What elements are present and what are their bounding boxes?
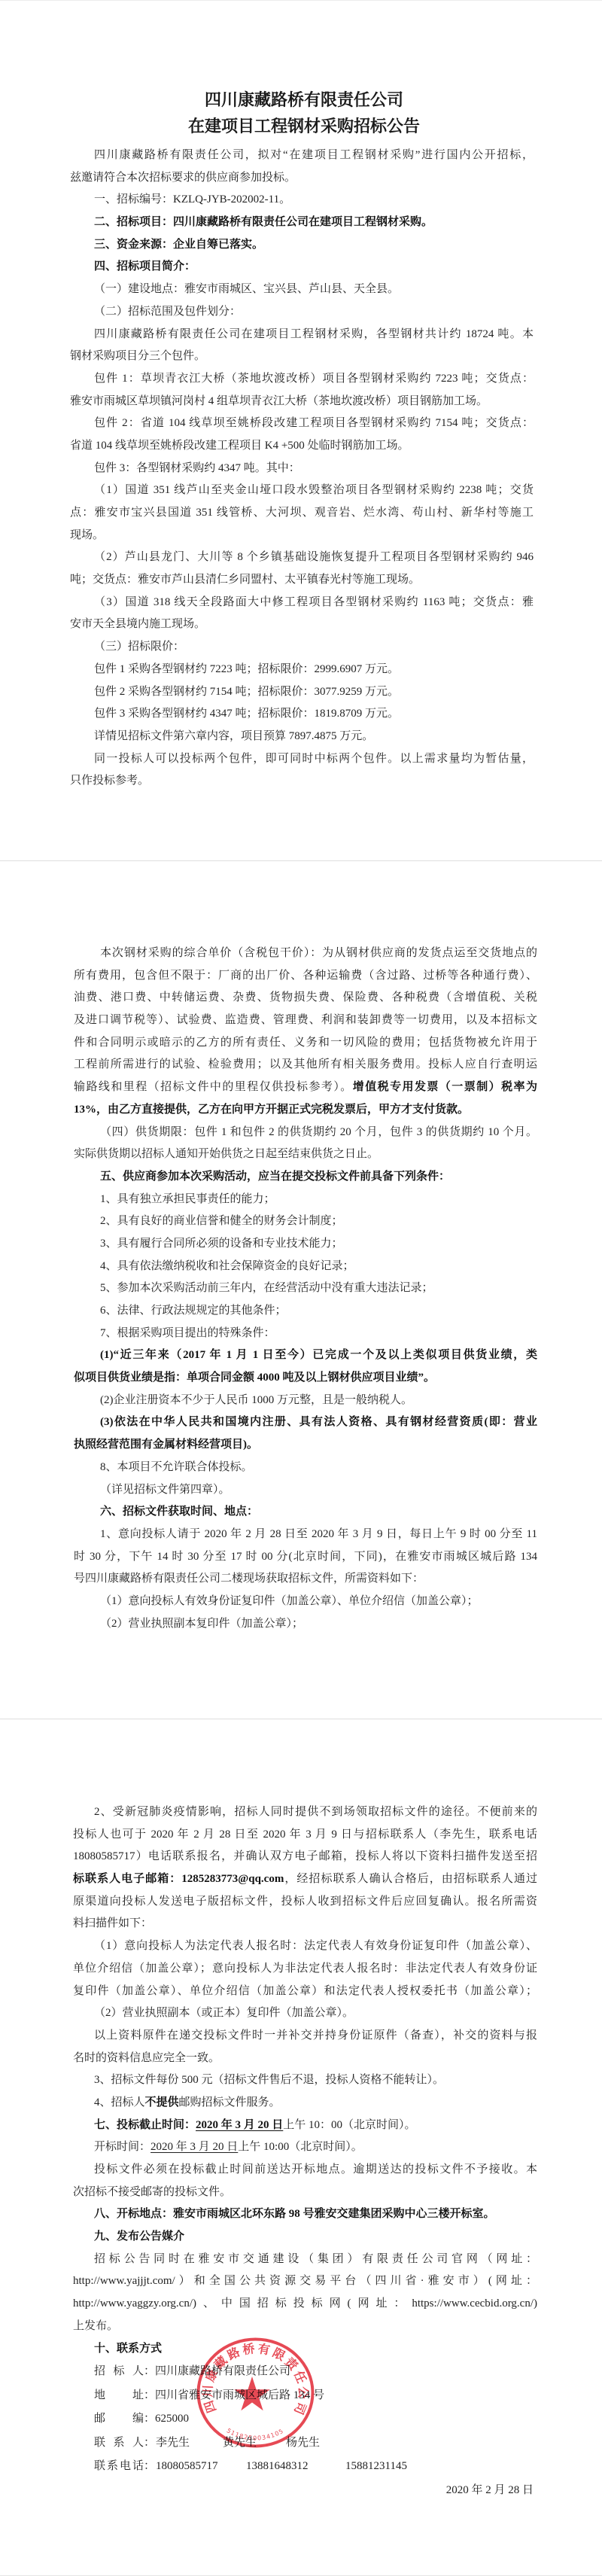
text-run: （一）建设地点：雅安市雨城区、宝兴县、芦山县、天全县。 (94, 283, 399, 295)
text-line: 工程前所需进行的试验、检验费用；以及其他所有相关服务费用。投标人应自行查明运 (74, 1054, 537, 1076)
text-line: 4、具有依法缴纳税收和社会保障资金的良好记录； (74, 1256, 537, 1278)
text-run: 包件 3 采购各型钢材约 4347 吨；招标限价：1819.8709 万元。 (94, 708, 399, 720)
page-1-body: 四川康藏路桥有限责任公司，拟对“在建项目工程钢材采购”进行国内公开招标，兹邀请符… (70, 145, 534, 793)
contact-phone: 13881648312 (246, 2455, 309, 2479)
text-line: 雅安市雨城区草坝镇河岗村 4 组草坝青衣江大桥（茶地坎渡改桥）项目钢筋加工场。 (70, 391, 534, 413)
colon: ： (144, 2360, 155, 2384)
signature-date: 2020 年 2 月 28 日 (446, 2479, 534, 2502)
text-line: 六、招标文件获取时间、地点： (74, 1501, 537, 1524)
text-line: （1）国道 351 线芦山至夹金山垭口段水毁整治项目各型钢材采购约 2238 吨… (70, 480, 534, 502)
text-run: ，经招标联系人确认合格后，由招标联系人通过 (284, 1873, 537, 1885)
contact-row-phones: 联系电话： 18080585717 13881648312 1588123114… (94, 2455, 515, 2479)
page-3: 2、受新冠肺炎疫情影响，招标人同时提供不到场领取招标文件的途径。不便前来的投标人… (0, 1719, 602, 2576)
text-run: 输路线和里程（招标文件中的里程仅供投标参考）。 (74, 1081, 353, 1093)
bold-text: 十、联系方式 (94, 2343, 162, 2355)
text-line: 现场。 (70, 525, 534, 547)
bold-text: (3)依法在中华人民共和国境内注册、具有法人资格、具有钢材经营资质(即：营业 (100, 1416, 537, 1428)
text-line: 及进口调节税等）、试验费、监造费、管理费、利润和装卸费等一切费用，以及本招标文 (74, 1009, 537, 1032)
text-run: 投标人也可于 2020 年 2 月 28 日至 2020 年 3 月 9 日与招… (73, 1828, 537, 1841)
text-run: 点：雅安市宝兴县国道 351 线管桥、大河坝、观音岩、烂水湾、苟山村、新华村等施… (70, 507, 534, 519)
text-run: 安市天全县境内施工现场。 (70, 618, 205, 630)
text-run: 上发布。 (73, 2320, 118, 2332)
colon: ： (144, 2455, 155, 2479)
text-line: 省道 104 线草坝至姚桥段改建工程项目 K4 +500 处临时钢筋加工场。 (70, 435, 534, 458)
text-run: 原渠道向投标人发送电子版招标文件，投标人收到招标文件后应回复确认。报名所需资 (73, 1895, 537, 1908)
text-line: 2、受新冠肺炎疫情影响，招标人同时提供不到场领取招标文件的途径。不便前来的 (73, 1801, 537, 1824)
text-run: http://www.yajjjt.com/）和全国公共资源交易平台（四川省·雅… (73, 2275, 537, 2287)
underlined-date: 2020 年 3 月 20 日 (150, 2141, 238, 2153)
text-line: （二）招标范围及包件划分： (70, 301, 534, 324)
text-line: 料扫描件如下： (73, 1913, 537, 1935)
colon: ： (144, 2431, 155, 2456)
text-run: 1、意向投标人请于 2020 年 2 月 28 日至 2020 年 3 月 9 … (100, 1528, 537, 1540)
text-run: 只作投标参考。 (70, 775, 149, 787)
text-line: 四川康藏路桥有限责任公司，拟对“在建项目工程钢材采购”进行国内公开招标， (70, 145, 534, 167)
text-line: 7、根据采购项目提出的特殊条件： (74, 1323, 537, 1345)
title-notice: 在建项目工程钢材采购招标公告 (3, 113, 602, 139)
bold-text: 六、招标文件获取时间、地点： (100, 1506, 258, 1518)
text-line: 八、开标地点：雅安市雨城区北环东路 98 号雅安交建集团采购中心三楼开标室。 (73, 2203, 537, 2226)
text-line: 一、招标编号：KZLQ-JYB-202002-11。 (70, 189, 534, 212)
text-line: 开标时间：2020 年 3 月 20 日上午 10:00（北京时间）。 (73, 2136, 537, 2159)
text-run: （1）意向投标人为法定代表人报名时：法定代表人有效身份证复印件（加盖公章）、 (94, 1940, 537, 1952)
text-run: 现场。 (70, 529, 104, 541)
text-line: (1)“近三年来（2017 年 1 月 1 日至今）已完成一个及以上类似项目供货… (74, 1344, 537, 1367)
text-line: 七、投标截止时间：2020 年 3 月 20 日上午 10：00（北京时间）。 (73, 2115, 537, 2137)
text-line: 九、发布公告媒介 (73, 2226, 537, 2249)
bold-text: 不提供 (145, 2096, 179, 2109)
text-run: 钢材采购项目分三个包件。 (70, 350, 205, 362)
text-line: 4、招标人不提供邮购招标文件服务。 (73, 2092, 537, 2115)
bold-text: 八、开标地点：雅安市雨城区北环东路 98 号雅安交建集团采购中心三楼开标室。 (94, 2208, 495, 2220)
contact-label: 联系人 (94, 2431, 144, 2456)
text-line: http://www.yaggzy.org.cn/)、中国招标投标网(网址：ht… (73, 2293, 537, 2316)
text-run: 一、招标编号：KZLQ-JYB-202002-11。 (94, 193, 290, 206)
text-line: 只作投标参考。 (70, 770, 534, 793)
text-run: 包件 3：各型钢材采购约 4347 吨。其中： (94, 462, 300, 474)
text-line: 钢材采购项目分三个包件。 (70, 346, 534, 368)
text-line: 安市天全县境内施工现场。 (70, 614, 534, 636)
text-run: 6、法律、行政法规规定的其他条件； (100, 1305, 287, 1317)
text-run: 详情见招标文件第六章内容，项目预算 7897.4875 万元。 (94, 730, 373, 742)
text-run: 开标时间： (94, 2141, 150, 2153)
text-line: 标联系人电子邮箱：1285283773@qq.com，经招标联系人确认合格后，由… (73, 1868, 537, 1891)
text-line: （2）芦山县龙门、大川等 8 个乡镇基础设施恢复提升工程项目各型钢材采购约 94… (70, 547, 534, 569)
text-run: 2、具有良好的商业信誉和健全的财务会计制度； (100, 1215, 343, 1227)
text-run: 投标文件必须在投标截止时间前送达开标地点。逾期送达的投标文件不予接收。本 (94, 2163, 537, 2176)
text-run: 7、根据采购项目提出的特殊条件： (100, 1327, 275, 1339)
text-run: 8、本项目不允许联合体投标。 (100, 1461, 253, 1473)
text-line: （1）意向投标人为法定代表人报名时：法定代表人有效身份证复印件（加盖公章）、 (73, 1935, 537, 1958)
text-run: http://www.yaggzy.org.cn/)、中国招标投标网(网址：ht… (73, 2297, 537, 2310)
text-run: 上午 10：00（北京时间）。 (283, 2119, 415, 2131)
text-line: 四川康藏路桥有限责任公司在建项目工程钢材采购，各型钢材共计约 18724 吨。本 (70, 324, 534, 346)
contact-label: 招标人 (94, 2360, 144, 2384)
text-line: 名时的资料信息应完全一致。 (73, 2048, 537, 2070)
bold-text: 四、招标项目简介： (94, 260, 196, 273)
text-run: 4、具有依法缴纳税收和社会保障资金的良好记录； (100, 1260, 354, 1272)
bold-text: 增值税专用发票（一票制）税率为 (353, 1081, 537, 1093)
text-run: 号四川康藏路桥有限责任公司二楼现场获取招标文件，所需资料如下： (74, 1573, 424, 1585)
text-line: （2）营业执照副本（或正本）复印件（加盖公章）。 (73, 2002, 537, 2025)
text-line: （一）建设地点：雅安市雨城区、宝兴县、芦山县、天全县。 (70, 279, 534, 301)
text-run: 包件 2 采购各型钢材约 7154 吨；招标限价：3077.9259 万元。 (94, 686, 399, 698)
title-company: 四川康藏路桥有限责任公司 (3, 87, 602, 113)
text-run: （3）国道 318 线天全段路面大中修工程项目各型钢材采购约 1163 吨；交货… (94, 596, 534, 608)
text-run: 2、受新冠肺炎疫情影响，招标人同时提供不到场领取招标文件的途径。不便前来的 (94, 1806, 537, 1818)
text-line: 5、参加本次采购活动前三年内，在经营活动中没有重大违法记录； (74, 1277, 537, 1300)
text-run: 18080585717）电话联系报名，并确认双方电子邮箱，投标人将以下资料扫描件… (73, 1850, 537, 1862)
text-line: http://www.yajjjt.com/）和全国公共资源交易平台（四川省·雅… (73, 2270, 537, 2293)
text-line: （3）国道 318 线天全段路面大中修工程项目各型钢材采购约 1163 吨；交货… (70, 592, 534, 614)
bold-text: 九、发布公告媒介 (94, 2230, 184, 2243)
bold-text: 执照经营范围有金属材料经营项目)。 (74, 1439, 258, 1451)
text-run: 名时的资料信息应完全一致。 (73, 2052, 220, 2064)
text-run: 3、具有履行合同所必须的设备和专业技术能力； (100, 1238, 343, 1250)
bold-text: 13%，由乙方直接提供，乙方在向甲方开据正式完税发票后，甲方才支付货款。 (74, 1104, 469, 1116)
text-line: （详见招标文件第四章）。 (74, 1479, 537, 1502)
contact-phone: 15881231145 (345, 2455, 407, 2479)
text-run: （2）营业执照副本复印件（加盖公章）； (100, 1618, 303, 1630)
text-run: 吨；交货点：雅安市芦山县清仁乡同盟村、太平镇春光村等施工现场。 (70, 574, 420, 586)
text-line: 包件 3：各型钢材采购约 4347 吨。其中： (70, 458, 534, 480)
text-run: （2）营业执照副本（或正本）复印件（加盖公章）。 (94, 2007, 354, 2019)
text-run: 邮购招标文件服务。 (179, 2096, 281, 2109)
svg-text:5118250034105: 5118250034105 (226, 2427, 284, 2441)
page-3-body: 2、受新冠肺炎疫情影响，招标人同时提供不到场领取招标文件的途径。不便前来的投标人… (73, 1801, 537, 2360)
company-seal-icon: 四川康藏路桥有限责任公司 5118250034105 (192, 2331, 320, 2455)
underlined-date: 2020 年 3 月 20 日 (196, 2119, 283, 2131)
text-line: 包件 1：草坝青衣江大桥（茶地坎渡改桥）项目各型钢材采购约 7223 吨；交货点… (70, 368, 534, 391)
text-line: （四）供货期限：包件 1 和包件 2 的供货期约 20 个月，包件 3 的供货期… (74, 1122, 537, 1144)
colon: ： (144, 2407, 155, 2431)
bold-text: 二、招标项目：四川康藏路桥有限责任公司在建项目工程钢材采购。 (94, 216, 433, 228)
seal-star-icon (234, 2377, 270, 2410)
text-run: 本次钢材采购的综合单价（含税包干价）：为从钢材供应商的发货点运至交货地点的 (100, 947, 537, 959)
text-run: 雅安市雨城区草坝镇河岗村 4 组草坝青衣江大桥（茶地坎渡改桥）项目钢筋加工场。 (70, 395, 488, 407)
text-run: 复印件（加盖公章）、单位介绍信（加盖公章）和法定代表人授权委托书（加盖公章）； (73, 1985, 537, 1997)
text-line: (3)依法在中华人民共和国境内注册、具有法人资格、具有钢材经营资质(即：营业 (74, 1411, 537, 1434)
text-line: 时 30 分，下午 14 时 30 分至 17 时 00 分(北京时间，下同)，… (74, 1546, 537, 1569)
page-1: 四川康藏路桥有限责任公司 在建项目工程钢材采购招标公告 四川康藏路桥有限责任公司… (0, 0, 602, 860)
text-run: 四川康藏路桥有限责任公司，拟对“在建项目工程钢材采购”进行国内公开招标， (94, 149, 534, 161)
text-run: 4、招标人 (94, 2096, 145, 2109)
contact-person: 李先生 (156, 2431, 190, 2456)
text-run: 以上资料原件在递交投标文件时一并补交并持身份证原件（备查），补交的资料与报 (94, 2029, 537, 2042)
text-run: （详见招标文件第四章）。 (100, 1484, 230, 1496)
bold-text: 五、供应商参加本次采购活动，应当在提交投标文件前具备下列条件： (100, 1171, 450, 1183)
text-line: （三）招标限价： (70, 636, 534, 659)
contact-label: 联系电话 (94, 2455, 144, 2479)
text-run: 5、参加本次采购活动前三年内，在经营活动中没有重大违法记录； (100, 1282, 433, 1294)
text-run: 同一投标人可以投标两个包件，即可同时中标两个包件。以上需求量均为暂估量， (94, 753, 534, 765)
text-line: 招标公告同时在雅安市交通建设（集团）有限责任公司官网（网址： (73, 2249, 537, 2271)
bold-text: 七、投标截止时间： (94, 2119, 196, 2131)
bold-text: 三、资金来源：企业自筹已落实。 (94, 239, 263, 251)
text-line: 6、法律、行政法规规定的其他条件； (74, 1300, 537, 1323)
document-title: 四川康藏路桥有限责任公司 在建项目工程钢材采购招标公告 (3, 87, 602, 139)
text-line: 吨；交货点：雅安市芦山县清仁乡同盟村、太平镇春光村等施工现场。 (70, 569, 534, 592)
text-run: 兹邀请符合本次招标要求的供应商参加投标。 (70, 172, 296, 184)
text-line: 13%，由乙方直接提供，乙方在向甲方开据正式完税发票后，甲方才支付货款。 (74, 1099, 537, 1122)
text-run: 1、具有独立承担民事责任的能力； (100, 1193, 275, 1205)
text-line: 似项目供货业绩是指：单项合同金额 4000 吨及以上钢材供应项目业绩”。 (74, 1367, 537, 1390)
text-line: 1、意向投标人请于 2020 年 2 月 28 日至 2020 年 3 月 9 … (74, 1524, 537, 1546)
text-line: 三、资金来源：企业自筹已落实。 (70, 234, 534, 257)
contact-label: 邮编 (94, 2407, 144, 2431)
text-line: 单位介绍信（加盖公章）；意向投标人为非法定代表人报名时：非法定代表人有效身份证 (73, 1958, 537, 1981)
text-line: 复印件（加盖公章）、单位介绍信（加盖公章）和法定代表人授权委托书（加盖公章）； (73, 1981, 537, 2003)
text-line: 本次钢材采购的综合单价（含税包干价）：为从钢材供应商的发货点运至交货地点的 (74, 942, 537, 965)
text-line: （1）意向投标人有效身份证复印件（加盖公章）、单位介绍信（加盖公章）； (74, 1591, 537, 1613)
text-line: 二、招标项目：四川康藏路桥有限责任公司在建项目工程钢材采购。 (70, 212, 534, 234)
text-run: (2)企业注册资本不少于人民币 1000 万元整，且是一般纳税人。 (100, 1394, 412, 1406)
text-line: 点：雅安市宝兴县国道 351 线管桥、大河坝、观音岩、烂水湾、苟山村、新华村等施… (70, 502, 534, 525)
text-run: 时 30 分，下午 14 时 30 分至 17 时 00 分(北京时间，下同)，… (74, 1551, 537, 1563)
text-line: 原渠道向投标人发送电子版招标文件，投标人收到招标文件后应回复确认。报名所需资 (73, 1891, 537, 1914)
text-run: （三）招标限价： (94, 641, 184, 653)
text-run: 单位介绍信（加盖公章）；意向投标人为非法定代表人报名时：非法定代表人有效身份证 (73, 1962, 537, 1975)
text-run: （四）供货期限：包件 1 和包件 2 的供货期约 20 个月，包件 3 的供货期… (100, 1126, 537, 1138)
page-2-body: 本次钢材采购的综合单价（含税包干价）：为从钢材供应商的发货点运至交货地点的所有费… (74, 942, 537, 1635)
postcode-value: 625000 (155, 2413, 189, 2425)
text-run: （1）意向投标人有效身份证复印件（加盖公章）、单位介绍信（加盖公章）； (100, 1595, 479, 1607)
text-line: (2)企业注册资本不少于人民币 1000 万元整，且是一般纳税人。 (74, 1390, 537, 1412)
text-line: 包件 3 采购各型钢材约 4347 吨；招标限价：1819.8709 万元。 (70, 703, 534, 726)
bold-text: (1)“近三年来（2017 年 1 月 1 日至今）已完成一个及以上类似项目供货… (100, 1349, 537, 1361)
text-line: 包件 1 采购各型钢材约 7223 吨；招标限价：2999.6907 万元。 (70, 659, 534, 681)
text-line: 次招标不接受邮寄的投标文件。 (73, 2182, 537, 2204)
text-run: （2）芦山县龙门、大川等 8 个乡镇基础设施恢复提升工程项目各型钢材采购约 94… (94, 551, 534, 563)
text-line: 油费、港口费、中转储运费、杂费、货物损失费、保险费、各种税费（含增值税、关税 (74, 987, 537, 1009)
text-line: 包件 2：省道 104 线草坝至姚桥段改建工程项目各型钢材采购约 7154 吨；… (70, 413, 534, 435)
text-run: 工程前所需进行的试验、检验费用；以及其他所有相关服务费用。投标人应自行查明运 (74, 1058, 537, 1070)
text-line: 所有费用，包含但不限于：厂商的出厂价、各种运输费（含过路、过桥等各种通行费）、 (74, 965, 537, 988)
text-line: （2）营业执照副本复印件（加盖公章）； (74, 1613, 537, 1636)
bold-text: 标联系人电子邮箱：1285283773@qq.com (73, 1873, 284, 1885)
text-line: 件和合同明示或暗示的乙方的所有责任、义务和一切风险的费用；包括货物被允许用于 (74, 1032, 537, 1055)
text-run: 包件 2：省道 104 线草坝至姚桥段改建工程项目各型钢材采购约 7154 吨；… (94, 417, 534, 429)
text-run: 3、招标文件每份 500 元（招标文件售后不退，投标人资格不能转让）。 (94, 2074, 444, 2086)
text-line: 3、具有履行合同所必须的设备和专业技术能力； (74, 1233, 537, 1256)
text-line: 四、招标项目简介： (70, 256, 534, 279)
text-run: 次招标不接受邮寄的投标文件。 (73, 2186, 231, 2198)
text-line: 包件 2 采购各型钢材约 7154 吨；招标限价：3077.9259 万元。 (70, 681, 534, 704)
text-line: 输路线和里程（招标文件中的里程仅供投标参考）。增值税专用发票（一票制）税率为 (74, 1076, 537, 1099)
text-run: 包件 1：草坝青衣江大桥（茶地坎渡改桥）项目各型钢材采购约 7223 吨；交货点… (94, 373, 534, 385)
text-run: （1）国道 351 线芦山至夹金山垭口段水毁整治项目各型钢材采购约 2238 吨… (94, 484, 534, 496)
text-run: 料扫描件如下： (73, 1917, 152, 1929)
text-line: 五、供应商参加本次采购活动，应当在提交投标文件前具备下列条件： (74, 1166, 537, 1189)
colon: ： (144, 2384, 155, 2408)
contact-phone: 18080585717 (156, 2455, 218, 2479)
contact-label: 地址 (94, 2384, 144, 2408)
text-run: 四川康藏路桥有限责任公司在建项目工程钢材采购，各型钢材共计约 18724 吨。本 (94, 328, 534, 340)
text-line: 18080585717）电话联系报名，并确认双方电子邮箱，投标人将以下资料扫描件… (73, 1846, 537, 1868)
text-run: 上午 10:00（北京时间）。 (238, 2141, 362, 2153)
text-line: 实际供货期以招标人通知开始供货之日起至结束供货之日止。 (74, 1143, 537, 1166)
text-run: 招标公告同时在雅安市交通建设（集团）有限责任公司官网（网址： (94, 2253, 537, 2265)
text-run: （二）招标范围及包件划分： (94, 306, 241, 318)
seal-code-text: 5118250034105 (226, 2427, 284, 2441)
text-run: 所有费用，包含但不限于：厂商的出厂价、各种运输费（含过路、过桥等各种通行费）、 (74, 970, 537, 982)
text-line: 号四川康藏路桥有限责任公司二楼现场获取招标文件，所需资料如下： (74, 1568, 537, 1591)
text-run: 省道 104 线草坝至姚桥段改建工程项目 K4 +500 处临时钢筋加工场。 (70, 440, 409, 452)
text-run: 件和合同明示或暗示的乙方的所有责任、义务和一切风险的费用；包括货物被允许用于 (74, 1037, 537, 1049)
text-line: 执照经营范围有金属材料经营项目)。 (74, 1434, 537, 1457)
text-line: 3、招标文件每份 500 元（招标文件售后不退，投标人资格不能转让）。 (73, 2069, 537, 2092)
text-run: 包件 1 采购各型钢材约 7223 吨；招标限价：2999.6907 万元。 (94, 663, 399, 675)
text-line: 投标人也可于 2020 年 2 月 28 日至 2020 年 3 月 9 日与招… (73, 1824, 537, 1847)
text-line: 8、本项目不允许联合体投标。 (74, 1457, 537, 1479)
text-run: 油费、港口费、中转储运费、杂费、货物损失费、保险费、各种税费（含增值税、关税 (74, 991, 537, 1003)
text-line: 兹邀请符合本次招标要求的供应商参加投标。 (70, 167, 534, 190)
text-line: 2、具有良好的商业信誉和健全的财务会计制度； (74, 1210, 537, 1233)
text-line: 详情见招标文件第六章内容，项目预算 7897.4875 万元。 (70, 726, 534, 748)
text-line: 投标文件必须在投标截止时间前送达开标地点。逾期送达的投标文件不予接收。本 (73, 2159, 537, 2182)
text-line: 1、具有独立承担民事责任的能力； (74, 1189, 537, 1211)
text-line: 以上资料原件在递交投标文件时一并补交并持身份证原件（备查），补交的资料与报 (73, 2025, 537, 2048)
text-line: 同一投标人可以投标两个包件，即可同时中标两个包件。以上需求量均为暂估量， (70, 748, 534, 771)
page-2: 本次钢材采购的综合单价（含税包干价）：为从钢材供应商的发货点运至交货地点的所有费… (0, 860, 602, 1719)
text-run: 实际供货期以招标人通知开始供货之日起至结束供货之日止。 (74, 1148, 379, 1160)
bold-text: 似项目供货业绩是指：单项合同金额 4000 吨及以上钢材供应项目业绩”。 (74, 1372, 435, 1384)
text-run: 及进口调节税等）、试验费、监造费、管理费、利润和装卸费等一切费用，以及本招标文 (74, 1014, 537, 1026)
